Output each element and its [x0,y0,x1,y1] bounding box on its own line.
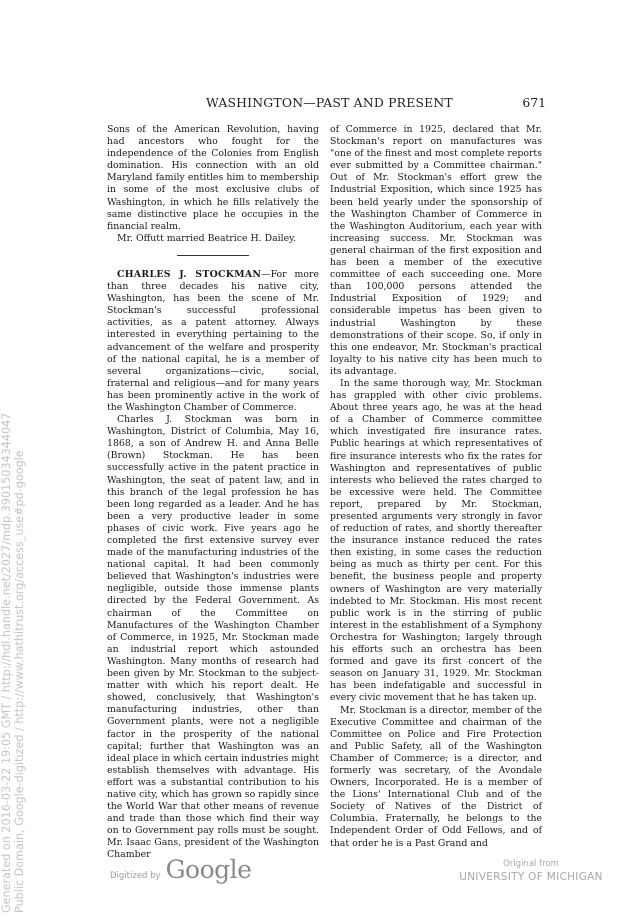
left-column: Sons of the American Revolution, having … [107,124,319,862]
digitized-by-label: Digitized by [110,871,161,881]
right-column: of Commerce in 1925, declared that Mr. S… [330,124,542,850]
original-source-mark: Original from UNIVERSITY OF MICHIGAN [456,859,606,884]
watermark-generated-line: Generated on 2016-03-22 19:05 GMT / http… [0,413,13,913]
paragraph-civic-problems: In the same thorough way, Mr. Stockman h… [330,378,542,705]
institution-name: UNIVERSITY OF MICHIGAN [456,870,606,884]
running-title: WASHINGTON—PAST AND PRESENT [206,95,453,110]
page-number: 671 [522,95,546,110]
watermark-public-domain-line: Public Domain, Google-digitized / http:/… [13,413,26,913]
paragraph-stockman-intro: CHARLES J. STOCKMAN—For more than three … [107,269,319,414]
paragraph-industrial-exposition: of Commerce in 1925, declared that Mr. S… [330,124,542,378]
paragraph-offutt-clubs: Sons of the American Revolution, having … [107,124,319,233]
section-divider [177,255,249,256]
hathitrust-side-watermark: Generated on 2016-03-22 19:05 GMT / http… [0,413,26,921]
page-header: WASHINGTON—PAST AND PRESENT 671 [106,95,546,113]
paragraph-stockman-career: Charles J. Stockman was born in Washingt… [107,414,319,861]
original-from-label: Original from [456,859,606,870]
paragraph-memberships: Mr. Stockman is a director, member of th… [330,705,542,850]
digitized-by-google-mark: Digitized by Google [110,855,251,891]
google-logo: Google [166,855,252,884]
stockman-intro-text: —For more than three decades his native … [107,269,319,413]
biography-name-heading: CHARLES J. STOCKMAN [117,269,261,280]
paragraph-offutt-marriage: Mr. Offutt married Beatrice H. Dailey. [107,233,319,245]
